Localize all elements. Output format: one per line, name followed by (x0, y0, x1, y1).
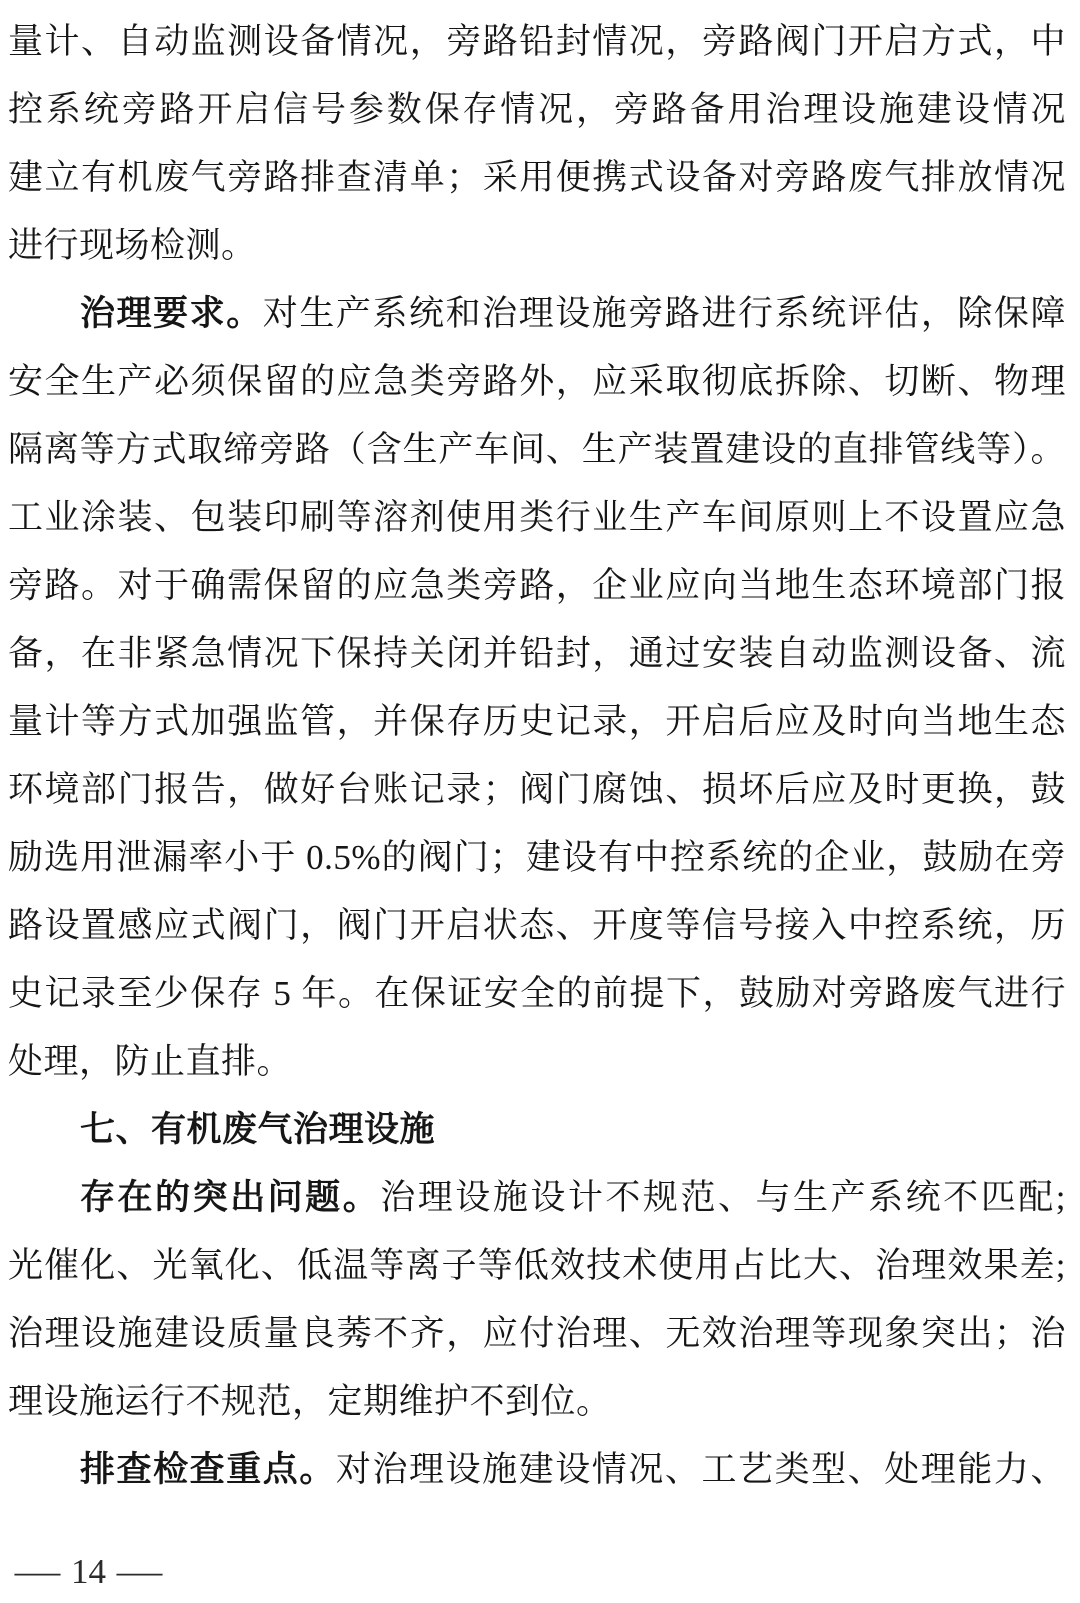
line-text: 量计等方式加强监管，并保存历史记录，开启后应及时向当地生态 (8, 702, 1066, 741)
text-line: 史记录至少保存 5 年。在保证安全的前提下，鼓励对旁路废气进行 (8, 960, 1066, 1028)
footer-dash-left: — (15, 1550, 61, 1594)
text-line: 控系统旁路开启信号参数保存情况，旁路备用治理设施建设情况等， (8, 76, 1066, 144)
line-text: 路设置感应式阀门，阀门开启状态、开度等信号接入中控系统，历 (8, 906, 1066, 945)
text-line: 工业涂装、包装印刷等溶剂使用类行业生产车间原则上不设置应急 (8, 484, 1066, 552)
paragraph-lead-bold: 治理要求。 (80, 294, 263, 333)
section-heading-text: 七、有机废气治理设施 (80, 1110, 435, 1149)
paragraph-lead-bold: 排查检查重点。 (80, 1450, 336, 1489)
footer-dash-right: — (117, 1550, 163, 1594)
paragraph-first-line: 治理要求。对生产系统和治理设施旁路进行系统评估，除保障 (8, 280, 1066, 348)
paragraph-last-line: 进行现场检测。 (8, 212, 1066, 280)
line-text: 安全生产必须保留的应急类旁路外，应采取彻底拆除、切断、物理 (8, 362, 1066, 401)
text-line: 光催化、光氧化、低温等离子等低效技术使用占比大、治理效果差; (8, 1232, 1066, 1300)
line-text: 励选用泄漏率小于 0.5%的阀门；建设有中控系统的企业，鼓励在旁 (8, 838, 1066, 877)
text-line: 旁路。对于确需保留的应急类旁路，企业应向当地生态环境部门报 (8, 552, 1066, 620)
section-heading: 七、有机废气治理设施 (8, 1096, 1066, 1164)
line-text: 理设施运行不规范，定期维护不到位。 (8, 1382, 612, 1421)
paragraph-first-line: 存在的突出问题。治理设施设计不规范、与生产系统不匹配; (8, 1164, 1066, 1232)
line-text: 对生产系统和治理设施旁路进行系统评估，除保障 (263, 294, 1066, 333)
line-text: 处理，防止直排。 (8, 1042, 292, 1081)
text-line: 治理设施建设质量良莠不齐，应付治理、无效治理等现象突出；治 (8, 1300, 1066, 1368)
line-text: 隔离等方式取缔旁路（含生产车间、生产装置建设的直排管线等）。 (8, 430, 1066, 469)
line-text: 治理设施建设质量良莠不齐，应付治理、无效治理等现象突出；治 (8, 1314, 1066, 1353)
text-line: 环境部门报告，做好台账记录；阀门腐蚀、损坏后应及时更换，鼓 (8, 756, 1066, 824)
line-text: 史记录至少保存 5 年。在保证安全的前提下，鼓励对旁路废气进行 (8, 974, 1066, 1013)
line-text: 对治理设施建设情况、工艺类型、处理能力、 (336, 1450, 1066, 1489)
paragraph-lead-bold: 存在的突出问题。 (80, 1178, 380, 1217)
line-text: 治理设施设计不规范、与生产系统不匹配; (380, 1178, 1066, 1217)
line-text: 进行现场检测。 (8, 226, 257, 265)
line-text: 备，在非紧急情况下保持关闭并铅封，通过安装自动监测设备、流 (8, 634, 1066, 673)
text-line: 隔离等方式取缔旁路（含生产车间、生产装置建设的直排管线等）。 (8, 416, 1066, 484)
line-text: 控系统旁路开启信号参数保存情况，旁路备用治理设施建设情况等， (8, 90, 1066, 144)
text-line: 建立有机废气旁路排查清单；采用便携式设备对旁路废气排放情况 (8, 144, 1066, 212)
text-line: 量计、自动监测设备情况，旁路铅封情况，旁路阀门开启方式，中 (8, 8, 1066, 76)
page-number: 14 (71, 1550, 106, 1594)
line-text: 建立有机废气旁路排查清单；采用便携式设备对旁路废气排放情况 (8, 158, 1066, 197)
text-line: 备，在非紧急情况下保持关闭并铅封，通过安装自动监测设备、流 (8, 620, 1066, 688)
line-text: 旁路。对于确需保留的应急类旁路，企业应向当地生态环境部门报 (8, 566, 1066, 605)
document-page: 量计、自动监测设备情况，旁路铅封情况，旁路阀门开启方式，中 控系统旁路开启信号参… (0, 0, 1080, 1594)
line-text: 工业涂装、包装印刷等溶剂使用类行业生产车间原则上不设置应急 (8, 498, 1066, 537)
line-text: 光催化、光氧化、低温等离子等低效技术使用占比大、治理效果差; (8, 1246, 1066, 1285)
line-text: 量计、自动监测设备情况，旁路铅封情况，旁路阀门开启方式，中 (8, 22, 1066, 61)
paragraph-first-line: 排查检查重点。对治理设施建设情况、工艺类型、处理能力、 (8, 1436, 1066, 1504)
page-footer: — 14 — (20, 1550, 1066, 1594)
line-text: 环境部门报告，做好台账记录；阀门腐蚀、损坏后应及时更换，鼓 (8, 770, 1066, 809)
text-line: 路设置感应式阀门，阀门开启状态、开度等信号接入中控系统，历 (8, 892, 1066, 960)
text-line: 励选用泄漏率小于 0.5%的阀门；建设有中控系统的企业，鼓励在旁 (8, 824, 1066, 892)
text-line: 安全生产必须保留的应急类旁路外，应采取彻底拆除、切断、物理 (8, 348, 1066, 416)
text-line: 量计等方式加强监管，并保存历史记录，开启后应及时向当地生态 (8, 688, 1066, 756)
paragraph-last-line: 理设施运行不规范，定期维护不到位。 (8, 1368, 1066, 1436)
paragraph-last-line: 处理，防止直排。 (8, 1028, 1066, 1096)
